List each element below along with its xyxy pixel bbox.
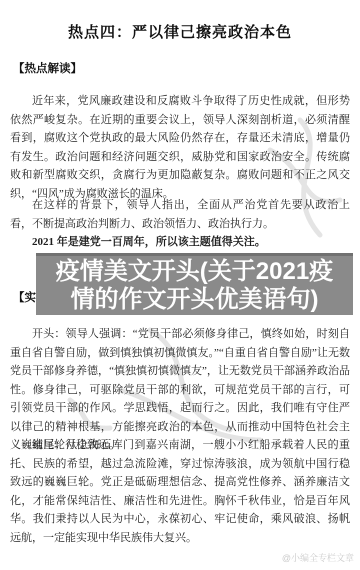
document-page: 热点四：严以律己擦亮政治本色 【热点解读】 近年来，党风廉政建设和反腐败斗争取得… [0, 0, 360, 570]
section-label-hotspot: 【热点解读】 [13, 60, 82, 76]
paragraph-background: 在这样的背景下，领导人指出，全面从严治党首先要从政治上看，不断提高政治判断力、政… [10, 196, 350, 233]
overlay-title-line1: 疫情美文开头(关于2021疫 [56, 258, 333, 286]
paragraph-closing-example: 结尾：从上海石库门到嘉兴南湖，一艘小小红船承载着人民的重托、民族的希望，越过急流… [10, 436, 350, 547]
overlay-banner: 疫情美文开头(关于2021疫 情的作文开头优美语句) [36, 253, 353, 315]
paragraph-anniversary: 2021 年是建党一百周年，所以该主题值得关注。 [10, 233, 350, 252]
overlay-title-line2: 情的作文开头优美语句) [71, 286, 319, 314]
page-title: 热点四：严以律己擦亮政治本色 [0, 21, 360, 42]
watermark-signature: @小编全专栏文章 [282, 551, 354, 564]
paragraph-intro: 近年来，党风廉政建设和反腐败斗争取得了历史性成就，但形势依然严峻复杂。在近期的重… [10, 92, 350, 203]
